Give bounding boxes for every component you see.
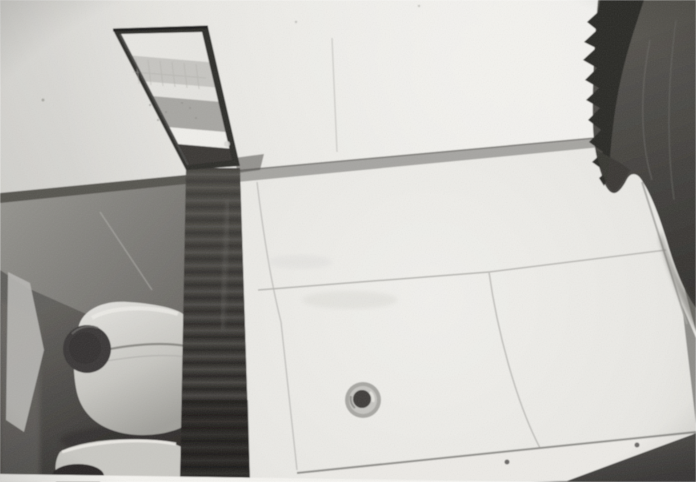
photo-canvas: [0, 0, 696, 482]
bw-photograph: [0, 0, 696, 482]
film-grain: [0, 0, 696, 482]
